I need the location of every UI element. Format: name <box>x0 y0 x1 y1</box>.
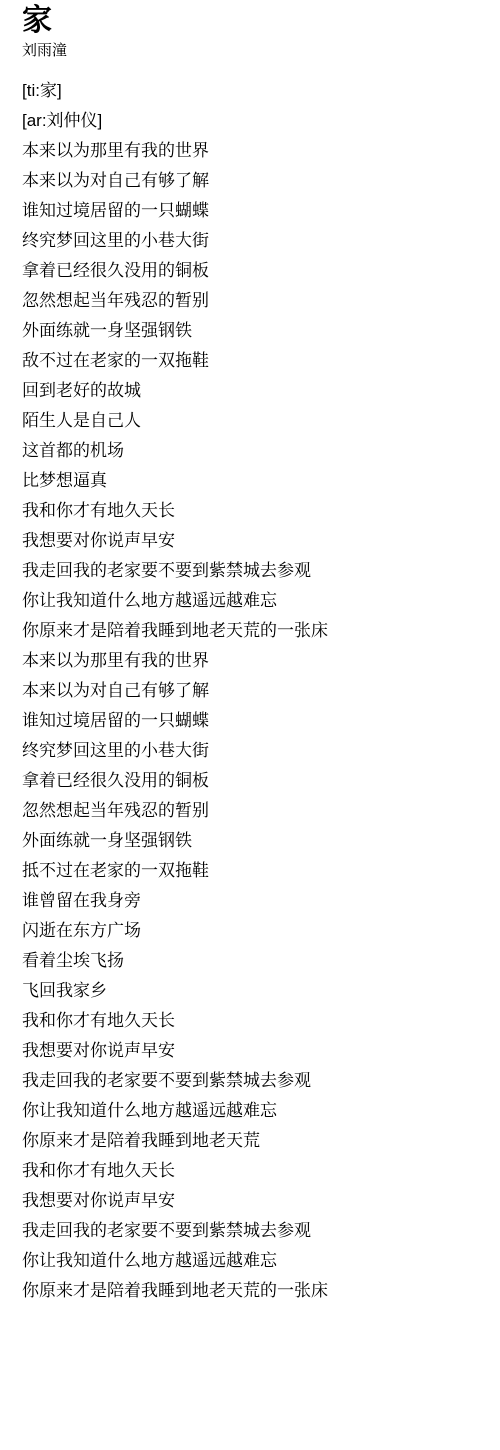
lyric-line: 你原来才是陪着我睡到地老天荒的一张床 <box>22 1276 490 1306</box>
lyric-line: 看着尘埃飞扬 <box>22 946 490 976</box>
lyric-line: 谁知过境居留的一只蝴蝶 <box>22 196 490 226</box>
lyric-line: 我走回我的老家要不要到紫禁城去参观 <box>22 556 490 586</box>
lyric-line: 本来以为那里有我的世界 <box>22 646 490 676</box>
lyric-line: 我想要对你说声早安 <box>22 526 490 556</box>
song-title: 家 <box>22 2 490 40</box>
lyric-line: 这首都的机场 <box>22 436 490 466</box>
lyric-line: 我走回我的老家要不要到紫禁城去参观 <box>22 1216 490 1246</box>
lyric-line: 闪逝在东方广场 <box>22 916 490 946</box>
lyric-line: 忽然想起当年残忍的暂别 <box>22 796 490 826</box>
lyric-line: 你让我知道什么地方越遥远越难忘 <box>22 1096 490 1126</box>
lyric-line: 我走回我的老家要不要到紫禁城去参观 <box>22 1066 490 1096</box>
lyric-line: 外面练就一身坚强钢铁 <box>22 826 490 856</box>
lyrics-page: 家 刘雨潼 [ti:家] [ar:刘仲仪] 本来以为那里有我的世界 本来以为对自… <box>0 0 500 1306</box>
lyric-line: 我和你才有地久天长 <box>22 1006 490 1036</box>
lyric-line: 抵不过在老家的一双拖鞋 <box>22 856 490 886</box>
lyric-line: 敌不过在老家的一双拖鞋 <box>22 346 490 376</box>
artist-name: 刘雨潼 <box>22 40 490 62</box>
lyric-line: 本来以为那里有我的世界 <box>22 136 490 166</box>
lyric-line: 飞回我家乡 <box>22 976 490 1006</box>
lyric-line: 你原来才是陪着我睡到地老天荒的一张床 <box>22 616 490 646</box>
lyric-lines: 本来以为那里有我的世界 本来以为对自己有够了解 谁知过境居留的一只蝴蝶 终究梦回… <box>22 136 490 1306</box>
meta-line: [ti:家] <box>22 76 490 106</box>
lyric-line: 本来以为对自己有够了解 <box>22 166 490 196</box>
lyric-line: 本来以为对自己有够了解 <box>22 676 490 706</box>
lyric-line: 忽然想起当年残忍的暂别 <box>22 286 490 316</box>
lyric-line: 终究梦回这里的小巷大街 <box>22 736 490 766</box>
lyric-line: 谁曾留在我身旁 <box>22 886 490 916</box>
lyric-line: 陌生人是自己人 <box>22 406 490 436</box>
lyric-line: 回到老好的故城 <box>22 376 490 406</box>
lyric-line: 我想要对你说声早安 <box>22 1036 490 1066</box>
lyrics-body: [ti:家] [ar:刘仲仪] 本来以为那里有我的世界 本来以为对自己有够了解 … <box>22 76 490 1306</box>
meta-line: [ar:刘仲仪] <box>22 106 490 136</box>
lyric-line: 我和你才有地久天长 <box>22 1156 490 1186</box>
lyric-line: 我和你才有地久天长 <box>22 496 490 526</box>
lyric-line: 拿着已经很久没用的铜板 <box>22 766 490 796</box>
lyric-line: 你原来才是陪着我睡到地老天荒 <box>22 1126 490 1156</box>
lyric-line: 你让我知道什么地方越遥远越难忘 <box>22 586 490 616</box>
lyric-line: 外面练就一身坚强钢铁 <box>22 316 490 346</box>
lyric-line: 终究梦回这里的小巷大街 <box>22 226 490 256</box>
lyric-line: 你让我知道什么地方越遥远越难忘 <box>22 1246 490 1276</box>
lyric-line: 我想要对你说声早安 <box>22 1186 490 1216</box>
lyric-line: 谁知过境居留的一只蝴蝶 <box>22 706 490 736</box>
lyric-line: 比梦想逼真 <box>22 466 490 496</box>
meta-lines: [ti:家] [ar:刘仲仪] <box>22 76 490 136</box>
lyric-line: 拿着已经很久没用的铜板 <box>22 256 490 286</box>
